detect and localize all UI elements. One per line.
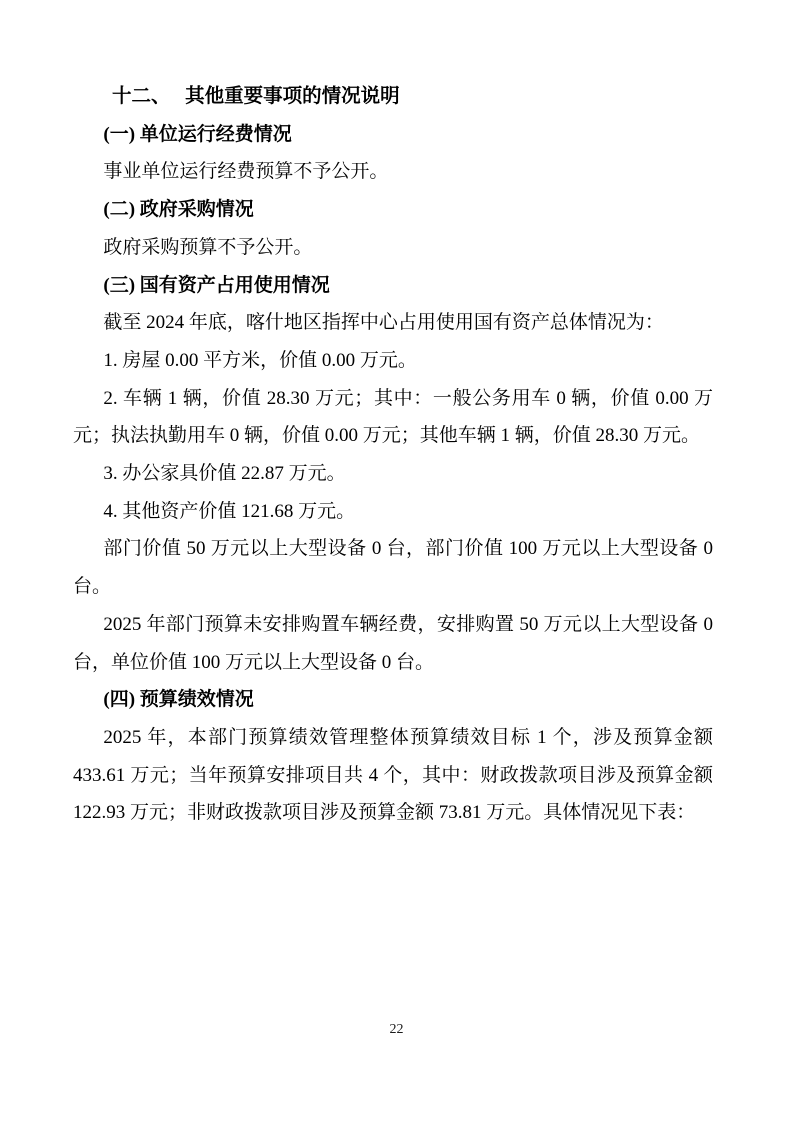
paragraph: 3. 办公家具价值 22.87 万元。	[73, 455, 713, 493]
paragraph: 4. 其他资产价值 121.68 万元。	[73, 493, 713, 531]
section-heading-unit-operating-funds: (一) 单位运行经费情况	[73, 116, 713, 154]
chapter-index: 十二、	[112, 86, 171, 107]
page-number: 22	[0, 1020, 793, 1040]
chapter-title: 其他重要事项的情况说明	[185, 86, 400, 107]
paragraph: 截至 2024 年底，喀什地区指挥中心占用使用国有资产总体情况为：	[73, 304, 713, 342]
section-heading-budget-performance: (四) 预算绩效情况	[73, 681, 713, 719]
section-heading-state-assets: (三) 国有资产占用使用情况	[73, 267, 713, 305]
paragraph: 2025 年，本部门预算绩效管理整体预算绩效目标 1 个，涉及预算金额 433.…	[73, 719, 713, 832]
paragraph: 事业单位运行经费预算不予公开。	[73, 153, 713, 191]
section-heading-government-procurement: (二) 政府采购情况	[73, 191, 713, 229]
document-page: 十二、其他重要事项的情况说明 (一) 单位运行经费情况 事业单位运行经费预算不予…	[0, 0, 793, 1122]
paragraph: 政府采购预算不予公开。	[73, 229, 713, 267]
chapter-heading: 十二、其他重要事项的情况说明	[73, 78, 713, 116]
paragraph: 部门价值 50 万元以上大型设备 0 台，部门价值 100 万元以上大型设备 0…	[73, 530, 713, 605]
paragraph: 2. 车辆 1 辆，价值 28.30 万元；其中：一般公务用车 0 辆，价值 0…	[73, 380, 713, 455]
paragraph: 1. 房屋 0.00 平方米，价值 0.00 万元。	[73, 342, 713, 380]
document-content: 十二、其他重要事项的情况说明 (一) 单位运行经费情况 事业单位运行经费预算不予…	[73, 78, 713, 832]
paragraph: 2025 年部门预算未安排购置车辆经费，安排购置 50 万元以上大型设备 0 台…	[73, 606, 713, 681]
